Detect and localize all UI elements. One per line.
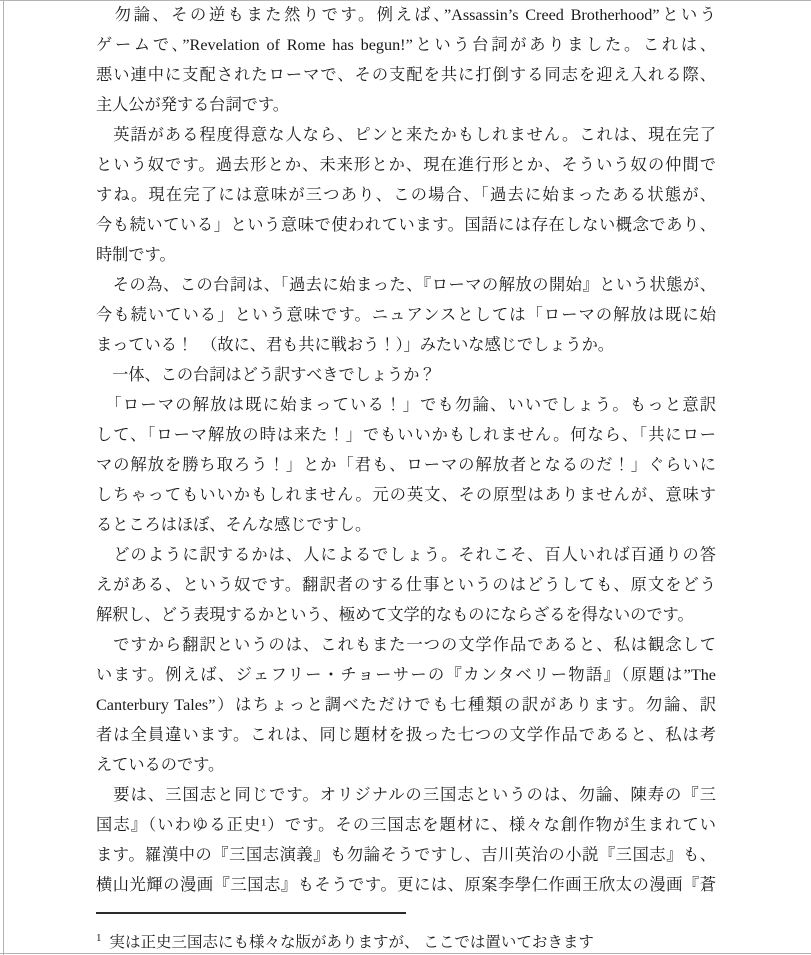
text-line: マの解放を勝ち取ろう！」とか「君も、ローマの解放者となるのだ！」ぐらいに: [96, 450, 716, 480]
text-line: どのように訳するかは、人によるでしょう。それこそ、百人いれば百通りの答: [96, 540, 716, 570]
paragraph-1: 勿論、その逆もまた然りです。例えば、”Assassin’s Creed Brot…: [96, 0, 716, 120]
text-line: Canterbury Tales”）はちょっと調べただけでも七種類の訳があります…: [96, 690, 716, 720]
text-line: すね。現在完了には意味が三つあり、この場合、「過去に始まったある状態が、: [96, 180, 716, 210]
text-line: 国志』（いわゆる正史¹）です。その三国志を題材に、様々な創作物が生まれてい: [96, 810, 716, 840]
text-line: 者は全員違います。これは、同じ題材を扱った七つの文学作品であると、私は考: [96, 720, 716, 750]
text-line: えているのです。: [96, 750, 716, 780]
text-line: その為、この台詞は、「過去に始まった、『ローマの解放の開始』という状態が、: [96, 270, 716, 300]
text-line: 主人公が発する台詞です。: [96, 90, 716, 120]
text-line: 解釈し、どう表現するかという、極めて文学的なものにならざるを得ないのです。: [96, 600, 716, 630]
text-line: ます。羅漢中の『三国志演義』も勿論そうですし、吉川英治の小説『三国志』も、: [96, 840, 716, 870]
footnote-rule: [96, 912, 406, 914]
text-line: 英語がある程度得意な人なら、ピンと来たかもしれません。これは、現在完了: [96, 120, 716, 150]
paragraph-7: ですから翻訳というのは、これもまた一つの文学作品であると、私は観念しています。例…: [96, 630, 716, 780]
text-line: して、「ローマ解放の時は来た！」でもいいかもしれません。何なら、「共にロー: [96, 420, 716, 450]
document-page: 勿論、その逆もまた然りです。例えば、”Assassin’s Creed Brot…: [0, 0, 811, 955]
footnote-text: 実は正史三国志にも様々な版がありますが、 ここでは置いておきます: [110, 934, 594, 951]
paragraph-8: 要は、三国志と同じです。オリジナルの三国志というのは、勿論、陳寿の『三国志』（い…: [96, 780, 716, 900]
paragraph-6: どのように訳するかは、人によるでしょう。それこそ、百人いれば百通りの答えがある、…: [96, 540, 716, 630]
text-line: 悪い連中に支配されたローマで、その支配を共に打倒する同志を迎え入れる際、: [96, 60, 716, 90]
paragraph-5: 「ローマの解放は既に始まっている！」でも勿論、いいでしょう。もっと意訳して、「ロ…: [96, 390, 716, 540]
text-line: ゲームで、”Revelation of Rome has begun!”という台…: [96, 30, 716, 60]
text-line: 時制です。: [96, 240, 716, 270]
paragraph-3: その為、この台詞は、「過去に始まった、『ローマの解放の開始』という状態が、今も続…: [96, 270, 716, 360]
text-line: 一体、この台詞はどう訳すべきでしょうか？: [96, 360, 716, 390]
text-line: 横山光輝の漫画『三国志』もそうです。更には、原案李學仁作画王欣太の漫画『蒼: [96, 870, 716, 900]
paragraph-4: 一体、この台詞はどう訳すべきでしょうか？: [96, 360, 716, 390]
text-line: えがある、という奴です。翻訳者のする仕事というのはどうしても、原文をどう: [96, 570, 716, 600]
text-line: 要は、三国志と同じです。オリジナルの三国志というのは、勿論、陳寿の『三: [96, 780, 716, 810]
text-line: 勿論、その逆もまた然りです。例えば、”Assassin’s Creed Brot…: [96, 0, 716, 30]
window-border-left: [3, 0, 4, 955]
text-line: います。例えば、ジェフリー・チョーサーの『カンタベリー物語』（原題は”The: [96, 660, 716, 690]
footnote-marker: 1: [96, 932, 102, 944]
text-line: 「ローマの解放は既に始まっている！」でも勿論、いいでしょう。もっと意訳: [96, 390, 716, 420]
window-border-bottom: [0, 953, 811, 954]
text-line: という奴です。過去形とか、未来形とか、現在進行形とか、そういう奴の仲間で: [96, 150, 716, 180]
text-line: まっている！ （故に、君も共に戦おう！）」みたいな感じでしょうか。: [96, 330, 716, 360]
text-line: しちゃってもいいかもしれません。元の英文、その原型はありませんが、意味す: [96, 480, 716, 510]
text-line: るところはほぼ、そんな感じですし。: [96, 510, 716, 540]
document-body: 勿論、その逆もまた然りです。例えば、”Assassin’s Creed Brot…: [96, 0, 716, 900]
text-line: 今も続いている」という意味で使われています。国語には存在しない概念であり、: [96, 210, 716, 240]
text-line: ですから翻訳というのは、これもまた一つの文学作品であると、私は観念して: [96, 630, 716, 660]
text-line: 今も続いている」という意味です。ニュアンスとしては「ローマの解放は既に始: [96, 300, 716, 330]
footnote: 1実は正史三国志にも様々な版がありますが、 ここでは置いておきます: [96, 904, 716, 955]
paragraph-2: 英語がある程度得意な人なら、ピンと来たかもしれません。これは、現在完了という奴で…: [96, 120, 716, 270]
footnote-line: 1実は正史三国志にも様々な版がありますが、 ここでは置いておきます: [96, 926, 716, 955]
